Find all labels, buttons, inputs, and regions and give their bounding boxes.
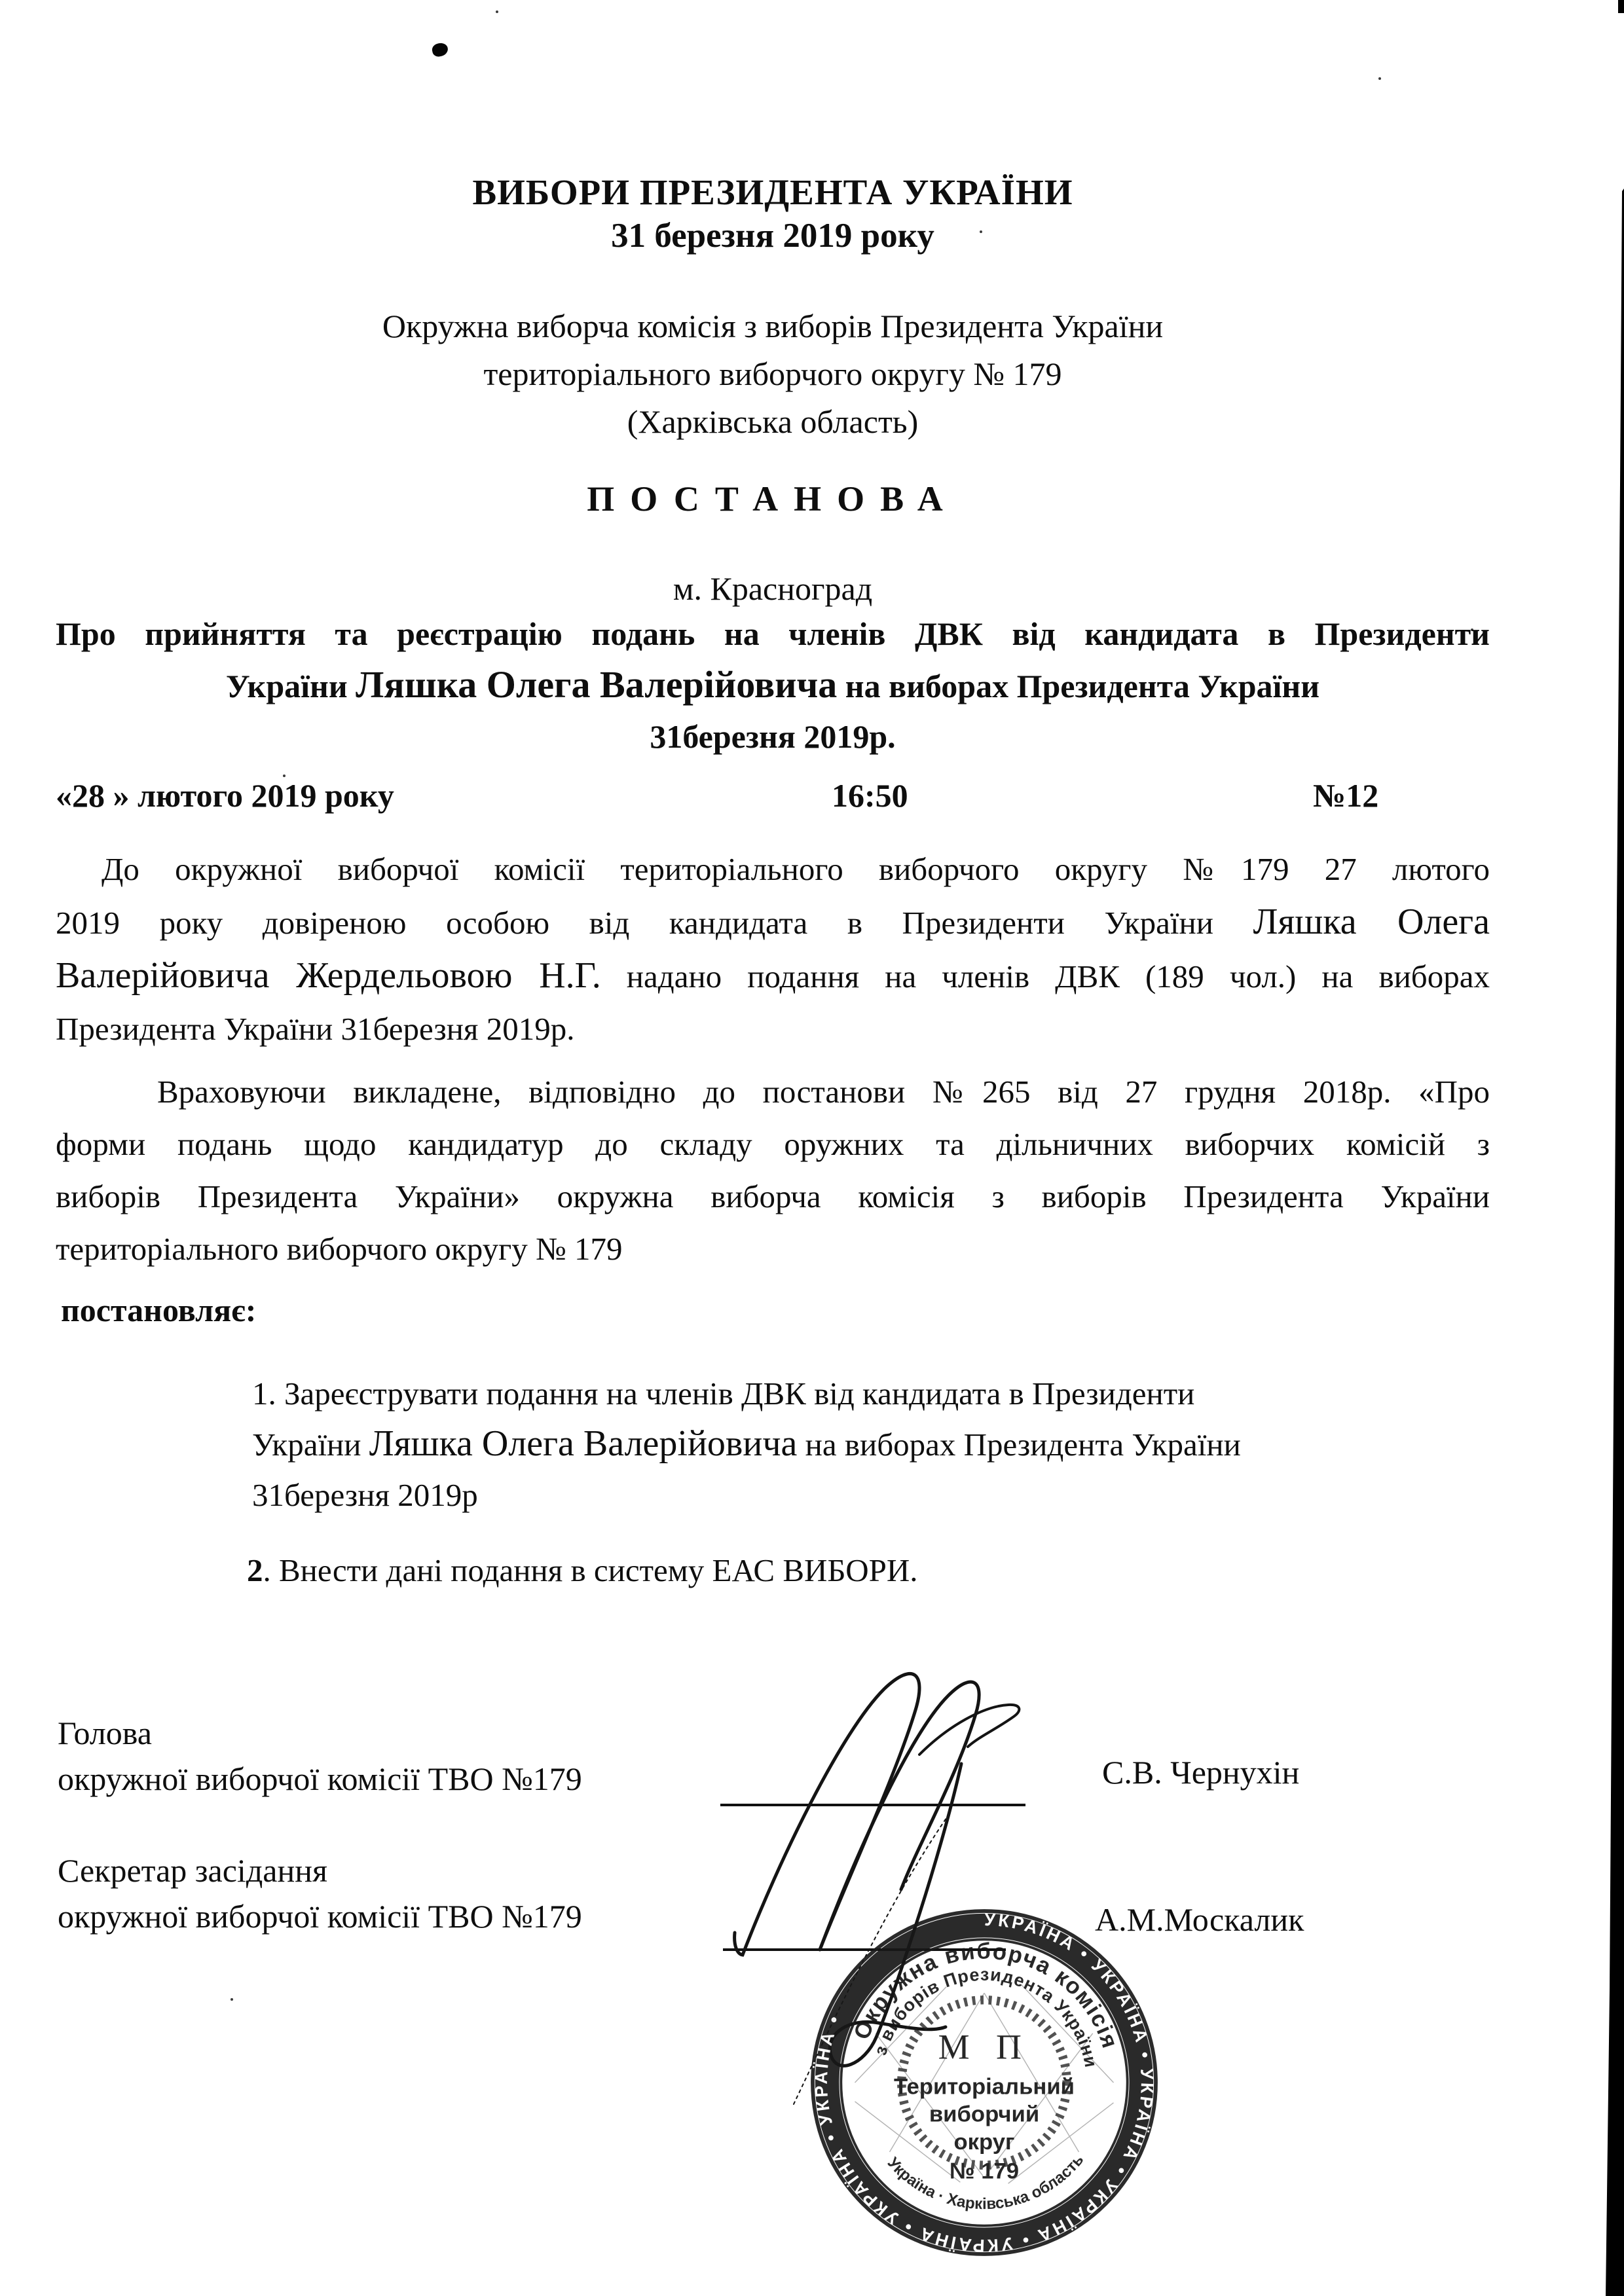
- chair-role-line-1: Голова: [58, 1710, 582, 1756]
- document-date: «28 » лютого 2019 року: [56, 776, 394, 814]
- p2-line-1: Враховуючи викладене, відповідно до пост…: [56, 1066, 1490, 1118]
- scan-corner-tick: [1618, 0, 1624, 13]
- subject-line-2-prefix: України: [226, 668, 356, 704]
- item1-line-1: 1. Зареєструвати подання на членів ДВК в…: [252, 1368, 1352, 1419]
- city-line: м. Красноград: [56, 570, 1490, 608]
- proxy-name: Валерійовича Жердельовою Н.Г.: [56, 955, 601, 996]
- document-time: 16:50: [832, 776, 908, 814]
- p1-line-1: До окружної виборчої комісії територіаль…: [56, 843, 1490, 896]
- seal-center-line-3: округ: [954, 2130, 1015, 2155]
- election-date-line: 31 березня 2019 року: [56, 216, 1490, 255]
- scan-ink-blob: [431, 42, 449, 58]
- secretary-role-line-2: окружної виборчої комісії ТВО №179: [58, 1893, 582, 1939]
- item1-line-2: України Ляшка Олега Валерійовича на вибо…: [252, 1419, 1352, 1470]
- seal-mp-text: М П: [938, 2027, 1031, 2066]
- document-title: ВИБОРИ ПРЕЗИДЕНТА УКРАЇНИ: [56, 172, 1490, 213]
- p1-line-2-text: 2019 року довіреною особою від кандидата…: [56, 905, 1253, 941]
- resolution-item-2: 2. Внести дані подання в систему ЕАС ВИБ…: [247, 1552, 1360, 1589]
- subject-line-2: України Ляшка Олега Валерійовича на вибо…: [56, 659, 1490, 712]
- seal-center-line-2: виборчий: [929, 2102, 1039, 2127]
- scan-speck: [1378, 77, 1381, 80]
- meta-row: «28 » лютого 2019 року 16:50 №12: [56, 776, 1490, 816]
- secretary-role: Секретар засідання окружної виборчої ком…: [58, 1848, 582, 1939]
- commission-header: Окружна виборча комісія з виборів Презид…: [56, 302, 1490, 446]
- chair-signature-line: [720, 1804, 1025, 1806]
- candidate-name: Ляшка Олега Валерійовича: [356, 663, 837, 706]
- chair-name: С.В. Чернухін: [1102, 1753, 1299, 1791]
- p2-line-4: територіального виборчого округу № 179: [56, 1223, 1490, 1275]
- document-type-heading: ПОСТАНОВА: [56, 479, 1490, 519]
- commission-district: територіального виборчого округу № 179: [56, 350, 1490, 398]
- subject-line-1: Про прийняття та реєстрацію подань на чл…: [56, 609, 1490, 659]
- candidate-name: Ляшка Олега Валерійовича: [369, 1423, 798, 1464]
- item1-line-3: 31березня 2019р: [252, 1470, 1352, 1520]
- subject-line-2-suffix: на виборах Президента України: [837, 668, 1319, 704]
- item2-number: 2: [247, 1552, 263, 1588]
- item1-line-2-prefix: України: [252, 1427, 369, 1463]
- item1-line-2-suffix: на виборах Президента України: [797, 1427, 1240, 1463]
- document-number: №12: [1313, 776, 1378, 814]
- scan-speck: [496, 10, 498, 13]
- p1-line-3: Валерійовича Жердельовою Н.Г. надано под…: [56, 949, 1490, 1003]
- candidate-name: Ляшка Олега: [1253, 902, 1490, 942]
- scan-speck: [231, 1998, 233, 2001]
- chair-role: Голова окружної виборчої комісії ТВО №17…: [58, 1710, 582, 1802]
- p1-line-2: 2019 року довіреною особою від кандидата…: [56, 896, 1490, 949]
- p1-line-3-text: надано подання на членів ДВК (189 чол.) …: [601, 958, 1490, 994]
- p2-line-3: виборів Президента України» окружна вибо…: [56, 1171, 1490, 1223]
- resolution-subject: Про прийняття та реєстрацію подань на чл…: [56, 609, 1490, 762]
- subject-line-3: 31березня 2019р.: [56, 712, 1490, 762]
- official-round-seal: УКРАЇНА • УКРАЇНА • УКРАЇНА • УКРАЇНА • …: [794, 1893, 1175, 2272]
- resolves-keyword: постановляє:: [61, 1291, 256, 1329]
- item2-text: . Внести дані подання в систему ЕАС ВИБО…: [263, 1552, 918, 1588]
- resolution-item-1: 1. Зареєструвати подання на членів ДВК в…: [252, 1368, 1352, 1520]
- commission-name: Окружна виборча комісія з виборів Презид…: [56, 302, 1490, 350]
- scanned-resolution-document: ВИБОРИ ПРЕЗИДЕНТА УКРАЇНИ 31 березня 201…: [0, 0, 1624, 2296]
- chair-role-line-2: окружної виборчої комісії ТВО №179: [58, 1756, 582, 1802]
- body-paragraph-2: Враховуючи викладене, відповідно до пост…: [56, 1066, 1490, 1275]
- seal-center-line-1: Територіальний: [894, 2074, 1075, 2099]
- body-paragraph-1: До окружної виборчої комісії територіаль…: [56, 843, 1490, 1055]
- p2-line-2: форми подань щодо кандидатур до складу о…: [56, 1118, 1490, 1171]
- p1-line-4: Президента України 31березня 2019р.: [56, 1003, 1490, 1055]
- seal-center-line-4: № 179: [950, 2159, 1019, 2183]
- commission-region: (Харківська область): [56, 398, 1490, 446]
- secretary-role-line-1: Секретар засідання: [58, 1848, 582, 1893]
